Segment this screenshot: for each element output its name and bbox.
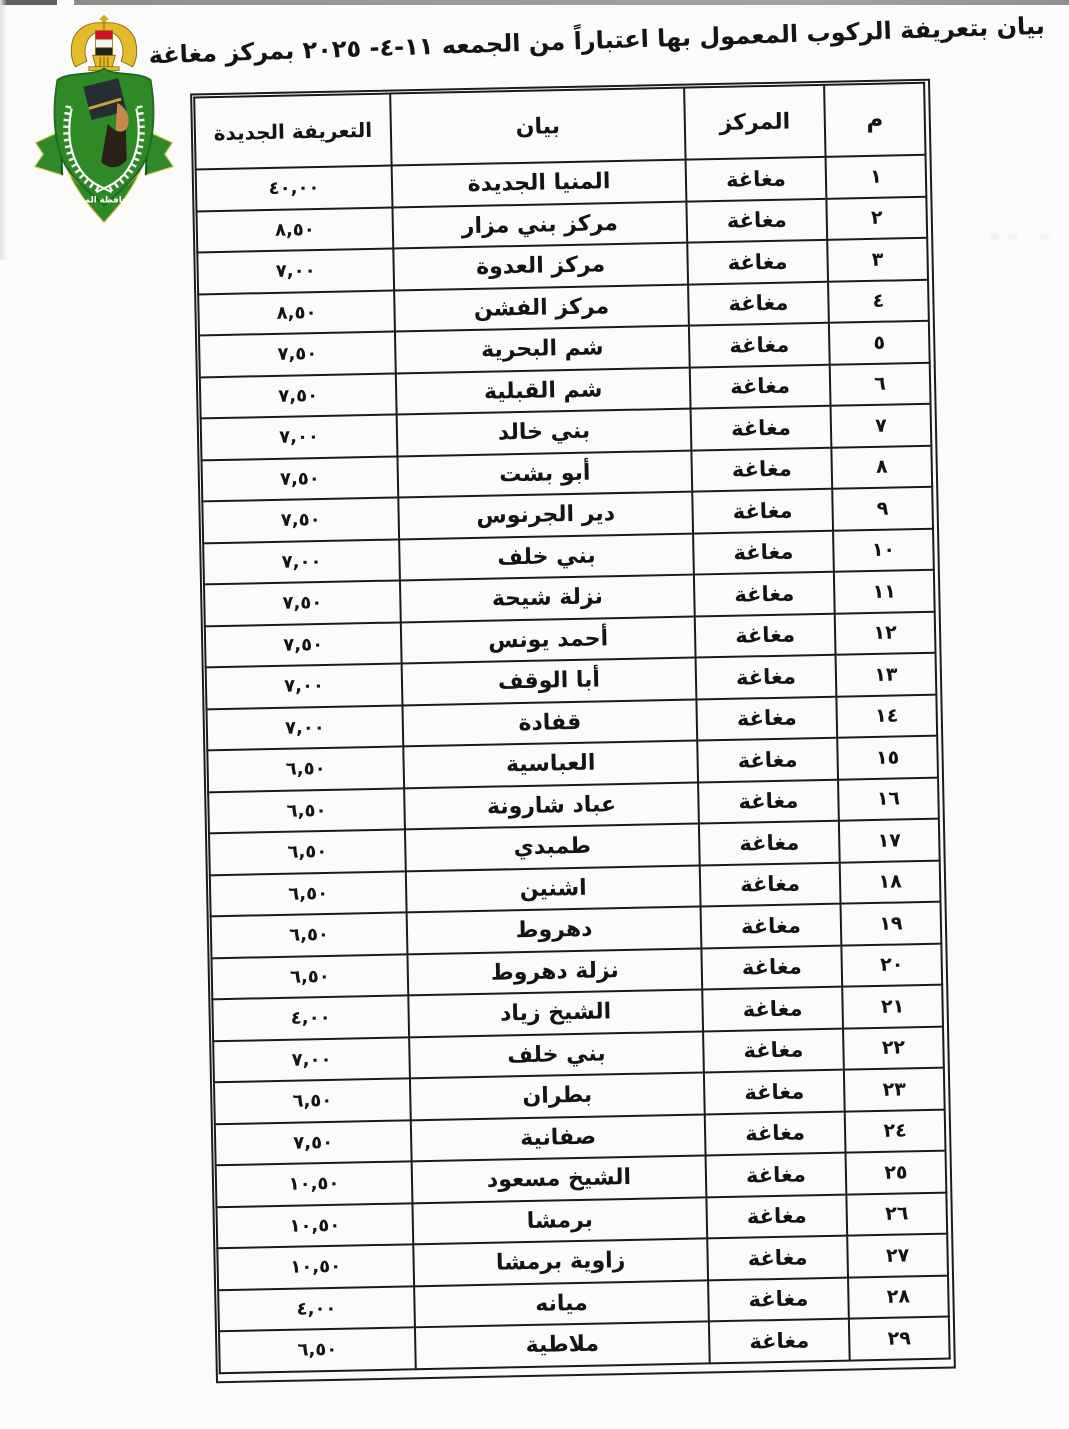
emblem-ribbon-text: محافظة المنيا <box>75 196 134 206</box>
row-statement-cell: دهروط <box>407 906 702 953</box>
row-tariff-cell: ٧,٥٠ <box>215 1120 412 1165</box>
row-statement-cell: بني خالد <box>397 409 692 456</box>
row-tariff-cell: ٤,٠٠ <box>218 1286 415 1331</box>
row-statement-cell: قفادة <box>402 699 697 746</box>
row-tariff-cell: ٧,٠٠ <box>201 414 398 459</box>
row-index-cell: ٤ <box>828 279 929 322</box>
row-tariff-cell: ٧,٥٠ <box>205 622 402 667</box>
document-title: بيان بتعريفة الركوب المعمول بها اعتباراً… <box>183 12 1045 69</box>
row-center-cell: مغاغة <box>706 1194 847 1238</box>
row-statement-cell: شم القبلية <box>396 367 691 414</box>
row-statement-cell: أبو بشت <box>397 450 692 497</box>
row-tariff-cell: ١٠,٥٠ <box>217 1244 414 1289</box>
row-tariff-cell: ٧,٥٠ <box>200 373 397 418</box>
col-header-center: المركز <box>684 85 825 160</box>
row-tariff-cell: ٧,٠٠ <box>203 539 400 584</box>
row-statement-cell: زاوية برمشا <box>413 1238 708 1285</box>
col-header-index: م <box>824 83 925 157</box>
row-tariff-cell: ٦,٥٠ <box>209 829 406 874</box>
row-tariff-cell: ٦,٥٠ <box>210 871 407 916</box>
row-index-cell: ٢٤ <box>845 1109 946 1152</box>
row-center-cell: مغاغة <box>708 1277 849 1321</box>
row-index-cell: ٣ <box>827 238 928 281</box>
row-center-cell: مغاغة <box>687 240 828 284</box>
row-index-cell: ١٦ <box>838 777 939 820</box>
fare-table: م المركز بيان التعريفة الجديدة ١مغاغةالم… <box>193 82 950 1374</box>
row-tariff-cell: ٧,٠٠ <box>206 663 403 708</box>
row-statement-cell: شم البحرية <box>395 326 690 373</box>
scan-smudge-artifact <box>990 233 1000 240</box>
row-tariff-cell: ٦,٥٠ <box>211 954 408 999</box>
row-index-cell: ١٩ <box>841 902 942 945</box>
row-center-cell: مغاغة <box>686 198 827 242</box>
row-statement-cell: بني خلف <box>399 533 694 580</box>
row-statement-cell: المنيا الجديدة <box>392 160 687 207</box>
row-statement-cell: صفانية <box>411 1114 706 1161</box>
row-center-cell: مغاغة <box>701 945 842 989</box>
scanned-document-page: { "page": { "title": "بيان بتعريفة الركو… <box>0 0 1069 1429</box>
row-index-cell: ٢٩ <box>849 1317 950 1360</box>
row-index-cell: ٩ <box>832 487 933 530</box>
row-center-cell: مغاغة <box>690 364 831 408</box>
row-center-cell: مغاغة <box>698 779 839 823</box>
row-tariff-cell: ٧,٠٠ <box>213 1037 410 1082</box>
row-tariff-cell: ٨,٥٠ <box>198 290 395 335</box>
row-tariff-cell: ١٠,٥٠ <box>216 1203 413 1248</box>
row-center-cell: مغاغة <box>702 987 843 1031</box>
row-center-cell: مغاغة <box>688 281 829 325</box>
row-index-cell: ٢٣ <box>844 1068 945 1111</box>
row-index-cell: ١٨ <box>840 860 941 903</box>
row-index-cell: ١٢ <box>835 611 936 654</box>
row-statement-cell: مركز بني مزار <box>392 201 687 248</box>
row-statement-cell: مركز العدوة <box>393 243 688 290</box>
row-center-cell: مغاغة <box>696 696 837 740</box>
row-tariff-cell: ٧,٥٠ <box>199 331 396 376</box>
row-statement-cell: بني خلف <box>409 1031 704 1078</box>
row-tariff-cell: ٦,٥٠ <box>208 788 405 833</box>
row-index-cell: ١٧ <box>839 819 940 862</box>
row-statement-cell: عباد شارونة <box>404 782 699 829</box>
row-index-cell: ٦ <box>830 362 931 405</box>
row-statement-cell: أبا الوقف <box>402 658 697 705</box>
row-tariff-cell: ١٠,٥٠ <box>216 1161 413 1206</box>
row-statement-cell: طمبدي <box>405 823 700 870</box>
row-statement-cell: الشيخ مسعود <box>412 1155 707 1202</box>
row-tariff-cell: ٧,٥٠ <box>201 456 398 501</box>
row-center-cell: مغاغة <box>703 1028 844 1072</box>
row-center-cell: مغاغة <box>694 572 835 616</box>
row-statement-cell: مركز الفشن <box>394 284 689 331</box>
row-statement-cell: الشيخ زياد <box>408 989 703 1036</box>
row-statement-cell: اشنين <box>406 865 701 912</box>
row-center-cell: مغاغة <box>697 738 838 782</box>
row-center-cell: مغاغة <box>705 1111 846 1155</box>
row-tariff-cell: ٦,٥٠ <box>219 1327 416 1372</box>
row-center-cell: مغاغة <box>709 1319 850 1363</box>
row-statement-cell: ملاطية <box>415 1321 710 1368</box>
row-center-cell: مغاغة <box>686 157 827 201</box>
row-tariff-cell: ٧,٥٠ <box>204 580 401 625</box>
row-index-cell: ١٣ <box>836 653 937 696</box>
col-header-statement: بيان <box>390 88 685 166</box>
row-statement-cell: دير الجرنوس <box>398 492 693 539</box>
row-tariff-cell: ٧,٠٠ <box>197 249 394 294</box>
row-center-cell: مغاغة <box>704 1070 845 1114</box>
row-tariff-cell: ٨,٥٠ <box>196 207 393 252</box>
row-tariff-cell: ٦,٥٠ <box>211 912 408 957</box>
row-center-cell: مغاغة <box>699 821 840 865</box>
row-statement-cell: بطران <box>410 1072 705 1119</box>
scan-edge-artifact <box>0 0 1069 5</box>
eagle-icon <box>71 15 136 71</box>
row-index-cell: ٢٨ <box>848 1275 949 1318</box>
row-index-cell: ٢٧ <box>847 1234 948 1277</box>
row-index-cell: ٧ <box>831 404 932 447</box>
row-tariff-cell: ٤٠,٠٠ <box>196 166 393 211</box>
row-index-cell: ١١ <box>834 570 935 613</box>
row-statement-cell: برمشا <box>412 1197 707 1244</box>
col-header-tariff: التعريفة الجديدة <box>194 94 391 170</box>
row-tariff-cell: ٧,٠٠ <box>206 705 403 750</box>
row-statement-cell: ميانه <box>414 1280 709 1327</box>
row-index-cell: ٢٠ <box>841 943 942 986</box>
row-index-cell: ٥ <box>829 321 930 364</box>
row-center-cell: مغاغة <box>692 489 833 533</box>
row-index-cell: ٢٦ <box>846 1192 947 1235</box>
row-index-cell: ٢٢ <box>843 1026 944 1069</box>
row-index-cell: ٢٥ <box>846 1151 947 1194</box>
row-center-cell: مغاغة <box>691 406 832 450</box>
row-index-cell: ٨ <box>831 445 932 488</box>
row-statement-cell: نزلة دهروط <box>407 948 702 995</box>
row-tariff-cell: ٤,٠٠ <box>212 995 409 1040</box>
scan-left-shadow <box>0 0 7 260</box>
row-index-cell: ١٠ <box>833 528 934 571</box>
row-center-cell: مغاغة <box>695 613 836 657</box>
row-index-cell: ١٤ <box>836 694 937 737</box>
row-tariff-cell: ٦,٥٠ <box>214 1078 411 1123</box>
row-center-cell: مغاغة <box>706 1153 847 1197</box>
row-index-cell: ١ <box>826 155 927 198</box>
row-tariff-cell: ٦,٥٠ <box>207 746 404 791</box>
row-statement-cell: أحمد يونس <box>401 616 696 663</box>
row-center-cell: مغاغة <box>691 447 832 491</box>
row-center-cell: مغاغة <box>700 862 841 906</box>
row-center-cell: مغاغة <box>696 655 837 699</box>
row-center-cell: مغاغة <box>701 904 842 948</box>
row-statement-cell: العباسية <box>403 741 698 788</box>
row-statement-cell: نزلة شيحة <box>400 575 695 622</box>
row-center-cell: مغاغة <box>707 1236 848 1280</box>
row-center-cell: مغاغة <box>689 323 830 367</box>
row-tariff-cell: ٧,٥٠ <box>202 497 399 542</box>
row-index-cell: ١٥ <box>837 736 938 779</box>
fare-table-frame: م المركز بيان التعريفة الجديدة ١مغاغةالم… <box>190 79 956 1383</box>
row-index-cell: ٢ <box>826 196 927 239</box>
row-index-cell: ٢١ <box>842 985 943 1028</box>
row-center-cell: مغاغة <box>693 530 834 574</box>
